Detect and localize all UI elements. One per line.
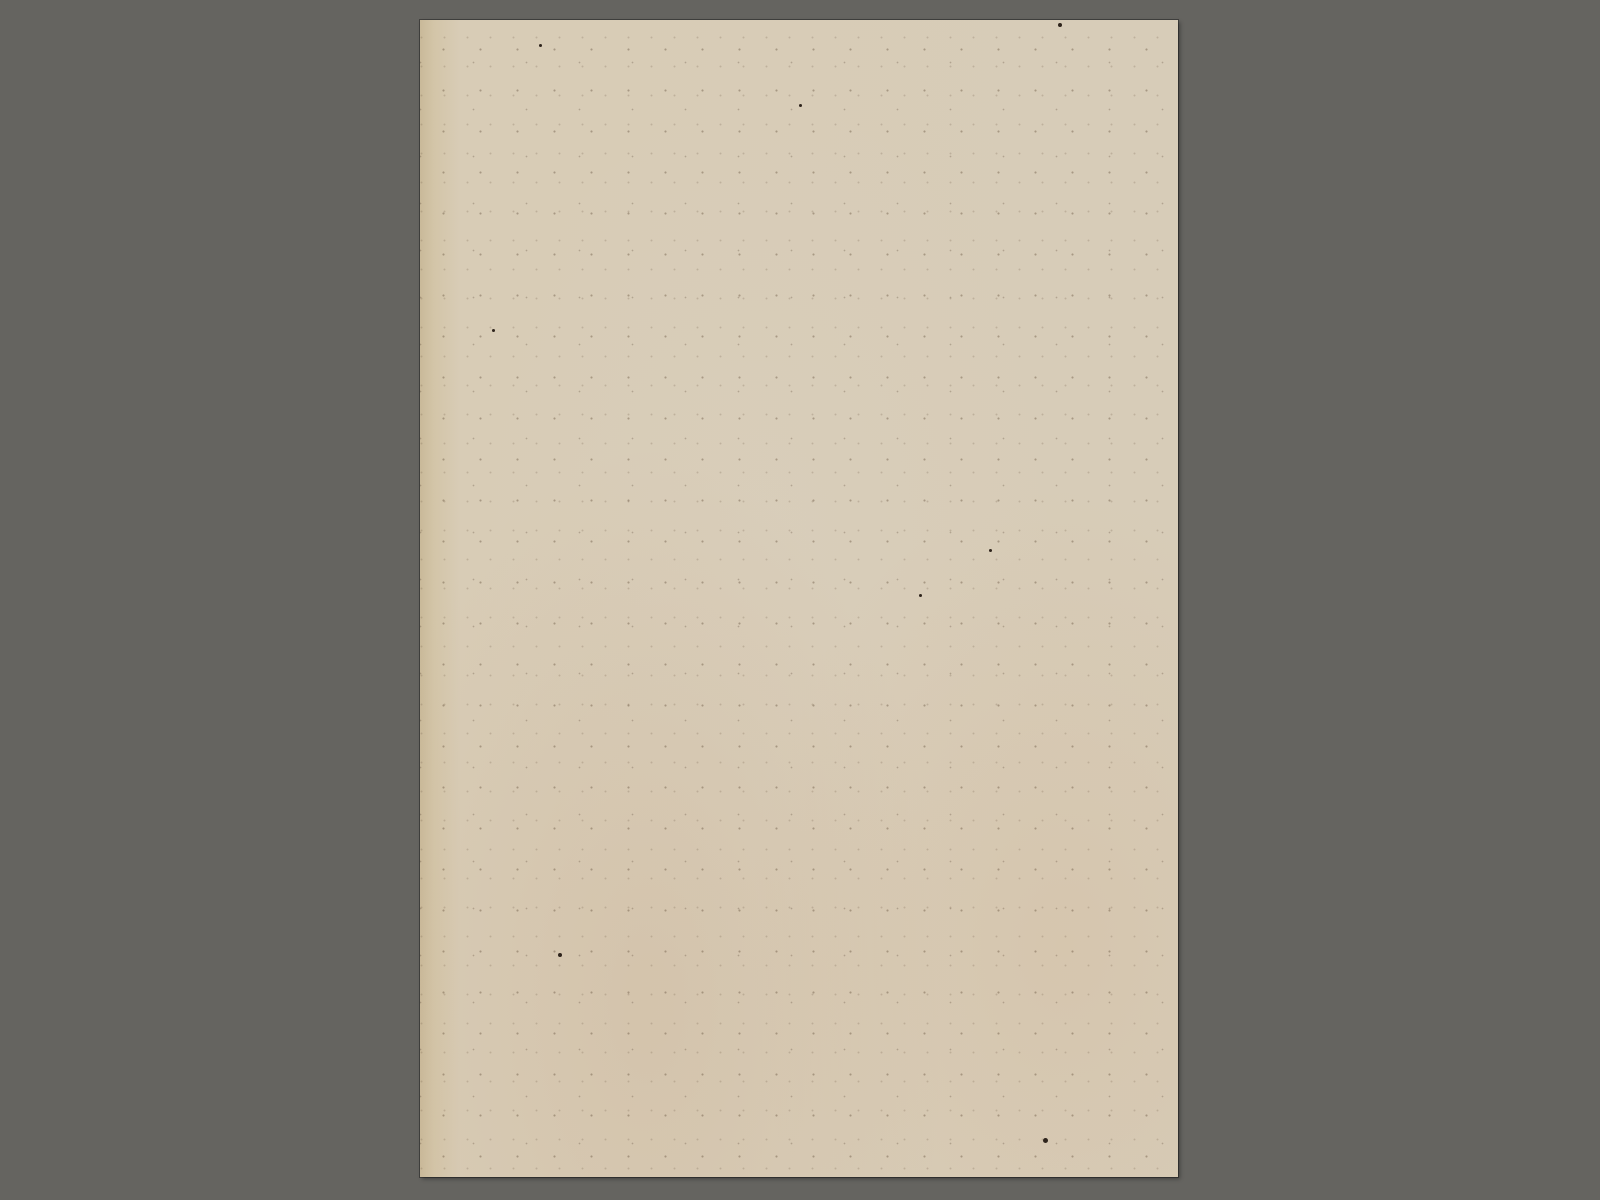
foxing-spot	[919, 594, 922, 597]
foxing-spot	[989, 549, 992, 552]
foxing-spot	[799, 104, 802, 107]
foxing-spot	[558, 953, 562, 957]
foxing-spot	[492, 329, 495, 332]
foxing-spot	[1043, 1138, 1048, 1143]
foxing-spot	[1058, 23, 1062, 27]
paper-sheet	[420, 20, 1178, 1177]
foxing-spot	[539, 44, 542, 47]
